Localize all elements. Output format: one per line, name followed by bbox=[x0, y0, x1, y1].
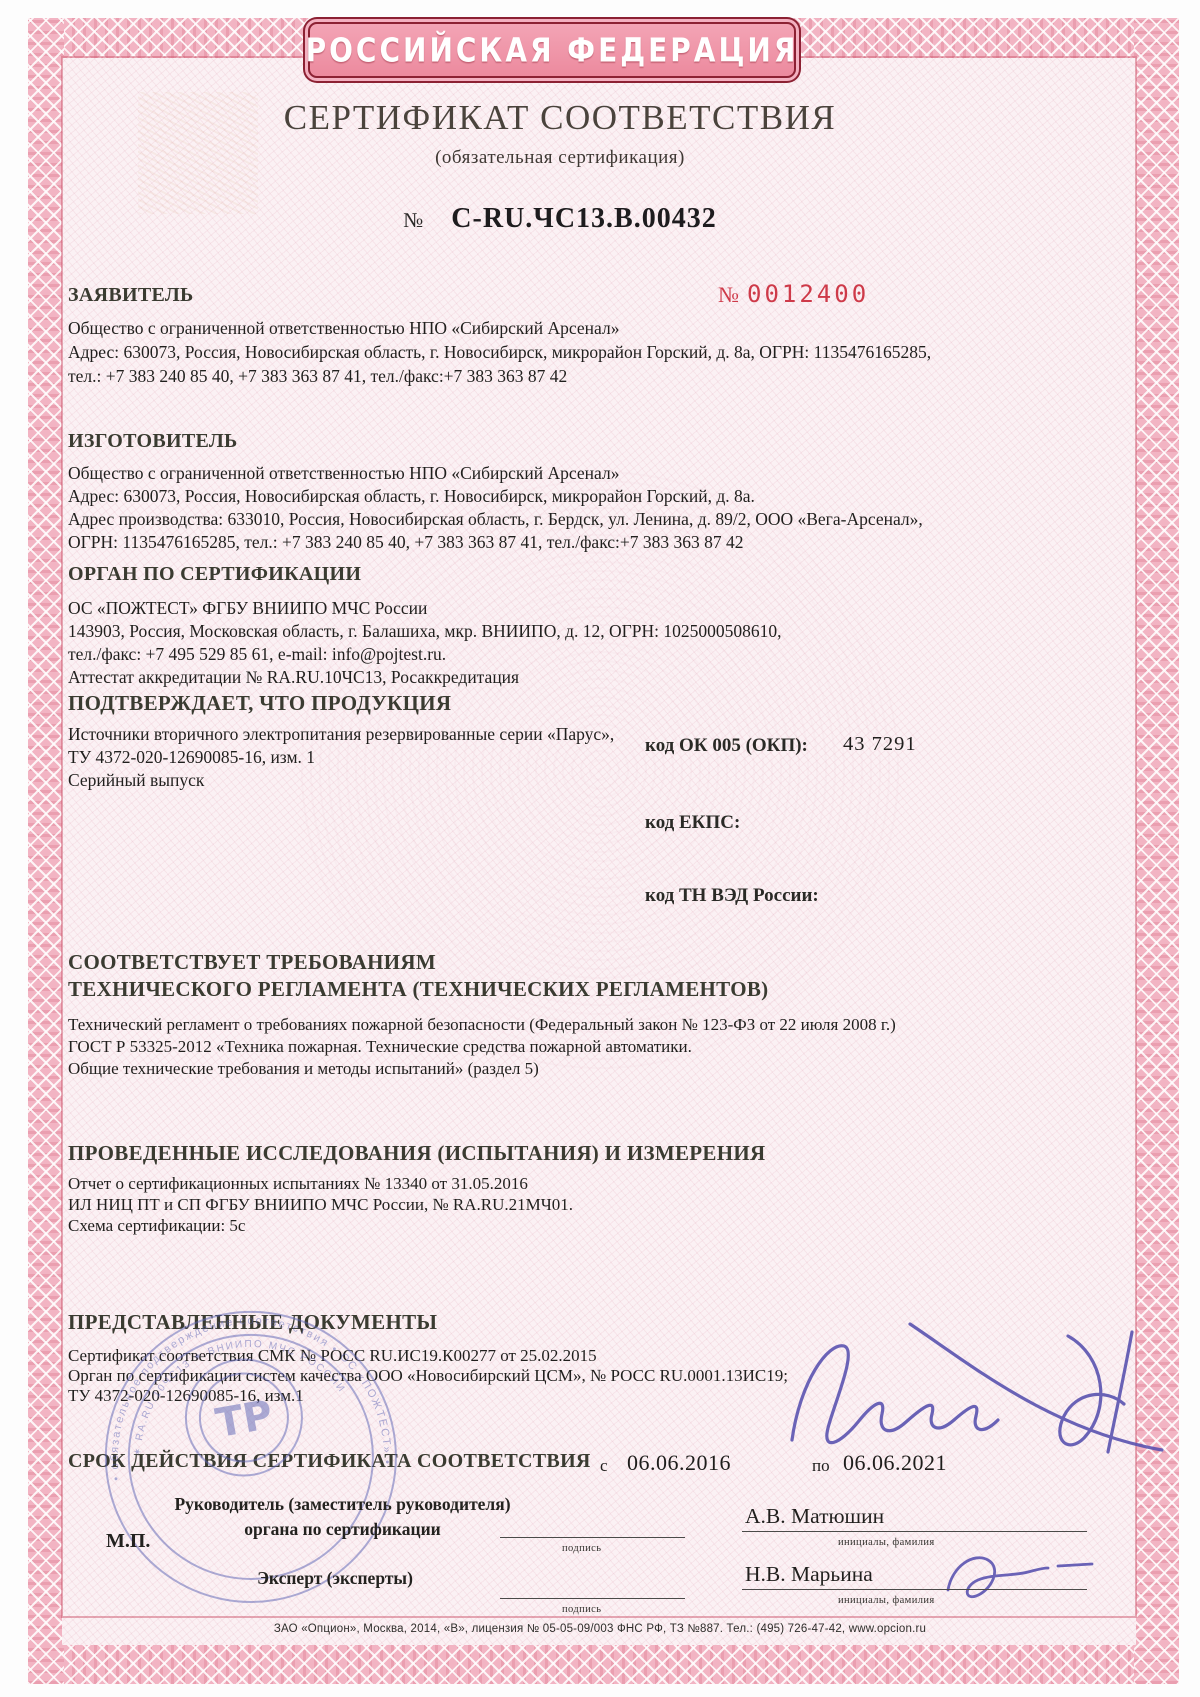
head-name-caption: инициалы, фамилия bbox=[838, 1537, 935, 1548]
ekps-code-label: код ЕКПС: bbox=[645, 812, 740, 834]
border-bottom bbox=[28, 1643, 1172, 1684]
certificate-page: РОССИЙСКАЯ ФЕДЕРАЦИЯ СЕРТИФИКАТ СООТВЕТС… bbox=[0, 0, 1200, 1697]
certification-body-line: тел./факс: +7 495 529 85 61, e-mail: inf… bbox=[68, 643, 1078, 666]
stamp-tr-mark: ТР bbox=[212, 1392, 276, 1447]
research-line: ИЛ НИЦ ПТ и СП ФГБУ ВНИИПО МЧС России, №… bbox=[68, 1194, 1078, 1215]
certification-body-line: Аттестат аккредитации № RA.RU.10ЧС13, Ро… bbox=[68, 666, 1078, 689]
research-details: Отчет о сертификационных испытаниях № 13… bbox=[68, 1173, 1078, 1236]
tnved-code-label: код ТН ВЭД России: bbox=[645, 885, 819, 907]
serial-number-sign: № bbox=[718, 282, 739, 307]
confirms-heading: ПОДТВЕРЖДАЕТ, ЧТО ПРОДУКЦИЯ bbox=[68, 691, 451, 716]
regulation-line: ГОСТ Р 53325-2012 «Техника пожарная. Тех… bbox=[68, 1036, 1078, 1058]
expert-signature-line bbox=[500, 1598, 685, 1599]
head-role-line2: органа по сертификации bbox=[170, 1519, 515, 1540]
certification-body-line: 143903, Россия, Московская область, г. Б… bbox=[68, 620, 1078, 643]
certification-body-details: ОС «ПОЖТЕСТ» ФГБУ ВНИИПО МЧС России 1439… bbox=[68, 597, 1078, 689]
number-sign: № bbox=[403, 208, 423, 232]
okp-code-value: 43 7291 bbox=[843, 733, 917, 756]
certificate-number: C-RU.ЧС13.В.00432 bbox=[451, 203, 716, 234]
expert-name: Н.В. Марьина bbox=[745, 1562, 873, 1587]
research-heading: ПРОВЕДЕННЫЕ ИССЛЕДОВАНИЯ (ИСПЫТАНИЯ) И И… bbox=[68, 1141, 765, 1166]
regulations-details: Технический регламент о требованиях пожа… bbox=[68, 1014, 1078, 1080]
print-house-footer: ЗАО «Опцион», Москва, 2014, «В», лицензи… bbox=[0, 1623, 1200, 1635]
head-name-line bbox=[742, 1531, 1087, 1532]
regulation-line: Технический регламент о требованиях пожа… bbox=[68, 1014, 1078, 1036]
head-signature-ink bbox=[770, 1312, 1180, 1472]
product-line: Серийный выпуск bbox=[68, 769, 628, 792]
validity-from-label: с bbox=[600, 1456, 608, 1476]
product-details: Источники вторичного электропитания резе… bbox=[68, 723, 628, 792]
head-name: А.В. Матюшин bbox=[745, 1504, 884, 1529]
manufacturer-line: Общество с ограниченной ответственностью… bbox=[68, 462, 1078, 485]
applicant-line: Общество с ограниченной ответственностью… bbox=[68, 316, 1078, 340]
research-line: Схема сертификации: 5с bbox=[68, 1215, 1078, 1236]
certificate-subtitle: (обязательная сертификация) bbox=[60, 147, 1060, 169]
expert-signature-caption: подпись bbox=[562, 1604, 601, 1615]
validity-from-date: 06.06.2016 bbox=[627, 1450, 731, 1476]
complies-heading-line2: ТЕХНИЧЕСКОГО РЕГЛАМЕНТА (ТЕХНИЧЕСКИХ РЕГ… bbox=[68, 977, 768, 1002]
stamp-place-label: М.П. bbox=[106, 1530, 150, 1553]
expert-name-caption: инициалы, фамилия bbox=[838, 1595, 935, 1606]
applicant-heading: ЗАЯВИТЕЛЬ bbox=[68, 284, 194, 307]
manufacturer-line: ОГРН: 1135476165285, тел.: +7 383 240 85… bbox=[68, 531, 1078, 554]
regulation-line: Общие технические требования и методы ис… bbox=[68, 1058, 1078, 1080]
certificate-number-row: №C-RU.ЧС13.В.00432 bbox=[60, 203, 1060, 235]
country-banner-label: РОССИЙСКАЯ ФЕДЕРАЦИЯ bbox=[306, 31, 799, 70]
complies-heading-line1: СООТВЕТСТВУЕТ ТРЕБОВАНИЯМ bbox=[68, 950, 436, 975]
border-left bbox=[28, 18, 64, 1684]
manufacturer-details: Общество с ограниченной ответственностью… bbox=[68, 462, 1078, 554]
head-signature-caption: подпись bbox=[562, 1543, 601, 1554]
head-signature-line bbox=[500, 1537, 685, 1538]
applicant-details: Общество с ограниченной ответственностью… bbox=[68, 316, 1078, 388]
certification-body-line: ОС «ПОЖТЕСТ» ФГБУ ВНИИПО МЧС России bbox=[68, 597, 1078, 620]
okp-code-label: код ОК 005 (ОКП): bbox=[645, 735, 808, 757]
certification-body-heading: ОРГАН ПО СЕРТИФИКАЦИИ bbox=[68, 563, 361, 586]
manufacturer-heading: ИЗГОТОВИТЕЛЬ bbox=[68, 430, 238, 453]
manufacturer-line: Адрес: 630073, Россия, Новосибирская обл… bbox=[68, 485, 1078, 508]
applicant-line: Адрес: 630073, Россия, Новосибирская обл… bbox=[68, 340, 1078, 364]
expert-name-line bbox=[742, 1589, 1087, 1590]
applicant-line: тел.: +7 383 240 85 40, +7 383 363 87 41… bbox=[68, 364, 1078, 388]
product-line: Источники вторичного электропитания резе… bbox=[68, 723, 628, 746]
expert-signature-ink bbox=[930, 1538, 1120, 1618]
certificate-title: СЕРТИФИКАТ СООТВЕТСТВИЯ bbox=[60, 98, 1060, 138]
research-line: Отчет о сертификационных испытаниях № 13… bbox=[68, 1173, 1078, 1194]
serial-number-value: 0012400 bbox=[747, 280, 869, 308]
expert-role: Эксперт (эксперты) bbox=[255, 1568, 415, 1589]
product-line: ТУ 4372-020-12690085-16, изм. 1 bbox=[68, 746, 628, 769]
country-banner: РОССИЙСКАЯ ФЕДЕРАЦИЯ bbox=[308, 22, 796, 78]
blank-serial-number: №0012400 bbox=[718, 280, 869, 308]
head-role-line1: Руководитель (заместитель руководителя) bbox=[170, 1494, 515, 1515]
manufacturer-line: Адрес производства: 633010, Россия, Ново… bbox=[68, 508, 1078, 531]
